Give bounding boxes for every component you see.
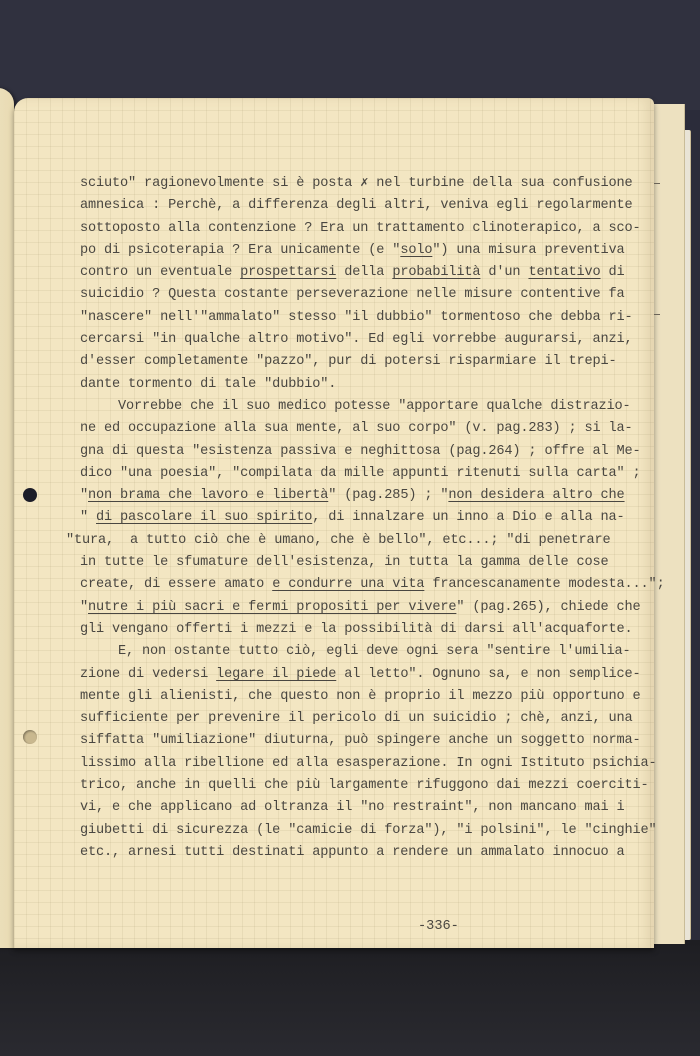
text-line: zione di vedersi legare il piede al lett…	[80, 664, 660, 686]
text-line: d'esser completamente "pazzo", pur di po…	[80, 351, 660, 373]
background-top	[0, 0, 700, 110]
text-line: contro un eventuale prospettarsi della p…	[80, 262, 660, 284]
page-number: -336-	[418, 919, 459, 934]
binder-hole-top	[23, 488, 37, 502]
text-line: vi, e che applicano ad oltranza il "no r…	[80, 797, 660, 819]
text-line: gli vengano offerti i mezzi e la possibi…	[80, 619, 660, 641]
text-line: mente gli alienisti, che questo non è pr…	[80, 686, 660, 708]
text-line: "nutre i più sacri e fermi propositi per…	[80, 597, 660, 619]
text-line: lissimo alla ribellione ed alla esaspera…	[80, 753, 660, 775]
text-line: sciuto" ragionevolmente si è posta ✗ nel…	[80, 173, 660, 195]
text-line: "non brama che lavoro e libertà" (pag.28…	[80, 485, 660, 507]
text-line: trico, anche in quelli che più largament…	[80, 775, 660, 797]
text-line: giubetti di sicurezza (le "camicie di fo…	[80, 820, 660, 842]
paragraph-1: sciuto" ragionevolmente si è posta ✗ nel…	[80, 173, 660, 396]
text-line: "nascere" nell'"ammalato" stesso "il dub…	[80, 307, 660, 329]
text-line: cercarsi "in qualche altro motivo". Ed e…	[80, 329, 660, 351]
text-line: E, non ostante tutto ciò, egli deve ogni…	[80, 641, 660, 663]
text-line: in tutte le sfumature dell'esistenza, in…	[80, 552, 660, 574]
text-line: Vorrebbe che il suo medico potesse "appo…	[80, 396, 660, 418]
text-line: create, di essere amato e condurre una v…	[80, 574, 660, 596]
document-body: sciuto" ragionevolmente si è posta ✗ nel…	[80, 173, 660, 864]
text-line: " di pascolare il suo spirito, di innalz…	[80, 507, 660, 529]
text-line: sottoposto alla contenzione ? Era un tra…	[80, 218, 660, 240]
text-line: siffatta "umiliazione" diuturna, può spi…	[80, 730, 660, 752]
binder-hole-bottom	[23, 730, 37, 744]
text-line: etc., arnesi tutti destinati appunto a r…	[80, 842, 660, 864]
text-line: po di psicoterapia ? Era unicamente (e "…	[80, 240, 660, 262]
paragraph-2: Vorrebbe che il suo medico potesse "appo…	[80, 396, 660, 641]
left-page-edge	[0, 88, 14, 948]
text-line: "tura, a tutto ciò che è umano, che è be…	[66, 530, 660, 552]
text-line: ne ed occupazione alla sua mente, al suo…	[80, 418, 660, 440]
text-line: amnesica : Perchè, a differenza degli al…	[80, 195, 660, 217]
text-line: sufficiente per prevenire il pericolo di…	[80, 708, 660, 730]
paragraph-3: E, non ostante tutto ciò, egli deve ogni…	[80, 641, 660, 864]
text-line: gna di questa "esistenza passiva e neghi…	[80, 441, 660, 463]
text-line: dante tormento di tale "dubbio".	[80, 374, 660, 396]
text-line: dico "una poesia", "compilata da mille a…	[80, 463, 660, 485]
background-bottom	[0, 940, 700, 1056]
text-line: suicidio ? Questa costante perseverazion…	[80, 284, 660, 306]
